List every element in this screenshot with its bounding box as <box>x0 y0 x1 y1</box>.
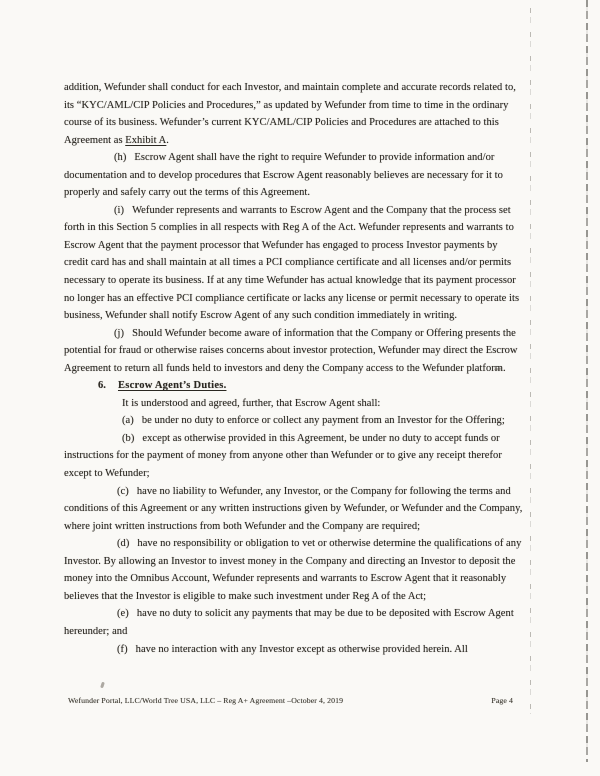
scan-speck <box>100 682 105 689</box>
duty-c-text: have no liability to Wefunder, any Inves… <box>64 486 522 532</box>
footer-document-title: Wefunder Portal, LLC/World Tree USA, LLC… <box>68 696 343 705</box>
scan-artifact-line-inner <box>530 8 531 714</box>
duty-f: (f)have no interaction with any Investor… <box>64 641 524 659</box>
section-6-intro-line: It is understood and agreed, further, th… <box>64 395 524 413</box>
paragraph-h-text: Escrow Agent shall have the right to req… <box>64 152 503 198</box>
duty-a: (a)be under no duty to enforce or collec… <box>64 412 524 430</box>
paragraph-continuation: addition, Wefunder shall conduct for eac… <box>64 79 524 149</box>
section-6-number: 6. <box>98 380 106 391</box>
duty-d: (d)have no responsibility or obligation … <box>64 535 524 605</box>
duty-a-text: be under no duty to enforce or collect a… <box>142 415 505 426</box>
paragraph-j-text: Should Wefunder become aware of informat… <box>64 328 518 374</box>
agreement-body: addition, Wefunder shall conduct for eac… <box>64 79 524 658</box>
continuation-text-end: . <box>166 135 169 146</box>
duty-d-label: (d) <box>117 538 129 549</box>
duty-d-text: have no responsibility or obligation to … <box>64 538 521 602</box>
section-6-title: Escrow Agent’s Duties. <box>118 380 226 391</box>
section-6-heading: 6.Escrow Agent’s Duties. <box>64 377 524 395</box>
duty-b: (b)except as otherwise provided in this … <box>64 430 524 483</box>
paragraph-j-label: (j) <box>114 328 124 339</box>
paragraph-i-text: Wefunder represents and warrants to Escr… <box>64 205 519 321</box>
scanned-document-page: addition, Wefunder shall conduct for eac… <box>0 0 600 776</box>
page-footer: Wefunder Portal, LLC/World Tree USA, LLC… <box>68 696 513 705</box>
duty-f-text: have no interaction with any Investor ex… <box>136 644 468 655</box>
paragraph-j: (j)Should Wefunder become aware of infor… <box>64 325 524 378</box>
exhibit-a-reference: Exhibit A <box>125 135 166 146</box>
duty-f-label: (f) <box>117 644 128 655</box>
paragraph-h-label: (h) <box>114 152 126 163</box>
duty-a-label: (a) <box>122 415 134 426</box>
duty-e: (e)have no duty to solicit any payments … <box>64 605 524 640</box>
duty-e-text: have no duty to solicit any payments tha… <box>64 608 514 637</box>
paragraph-i-label: (i) <box>114 205 124 216</box>
duty-c: (c)have no liability to Wefunder, any In… <box>64 483 524 536</box>
footer-page-number: Page 4 <box>491 696 513 705</box>
duty-b-label: (b) <box>122 433 134 444</box>
paragraph-i: (i)Wefunder represents and warrants to E… <box>64 202 524 325</box>
paragraph-h: (h)Escrow Agent shall have the right to … <box>64 149 524 202</box>
duty-e-label: (e) <box>117 608 129 619</box>
scan-artifact-line-edge <box>586 0 588 762</box>
duty-c-label: (c) <box>117 486 129 497</box>
